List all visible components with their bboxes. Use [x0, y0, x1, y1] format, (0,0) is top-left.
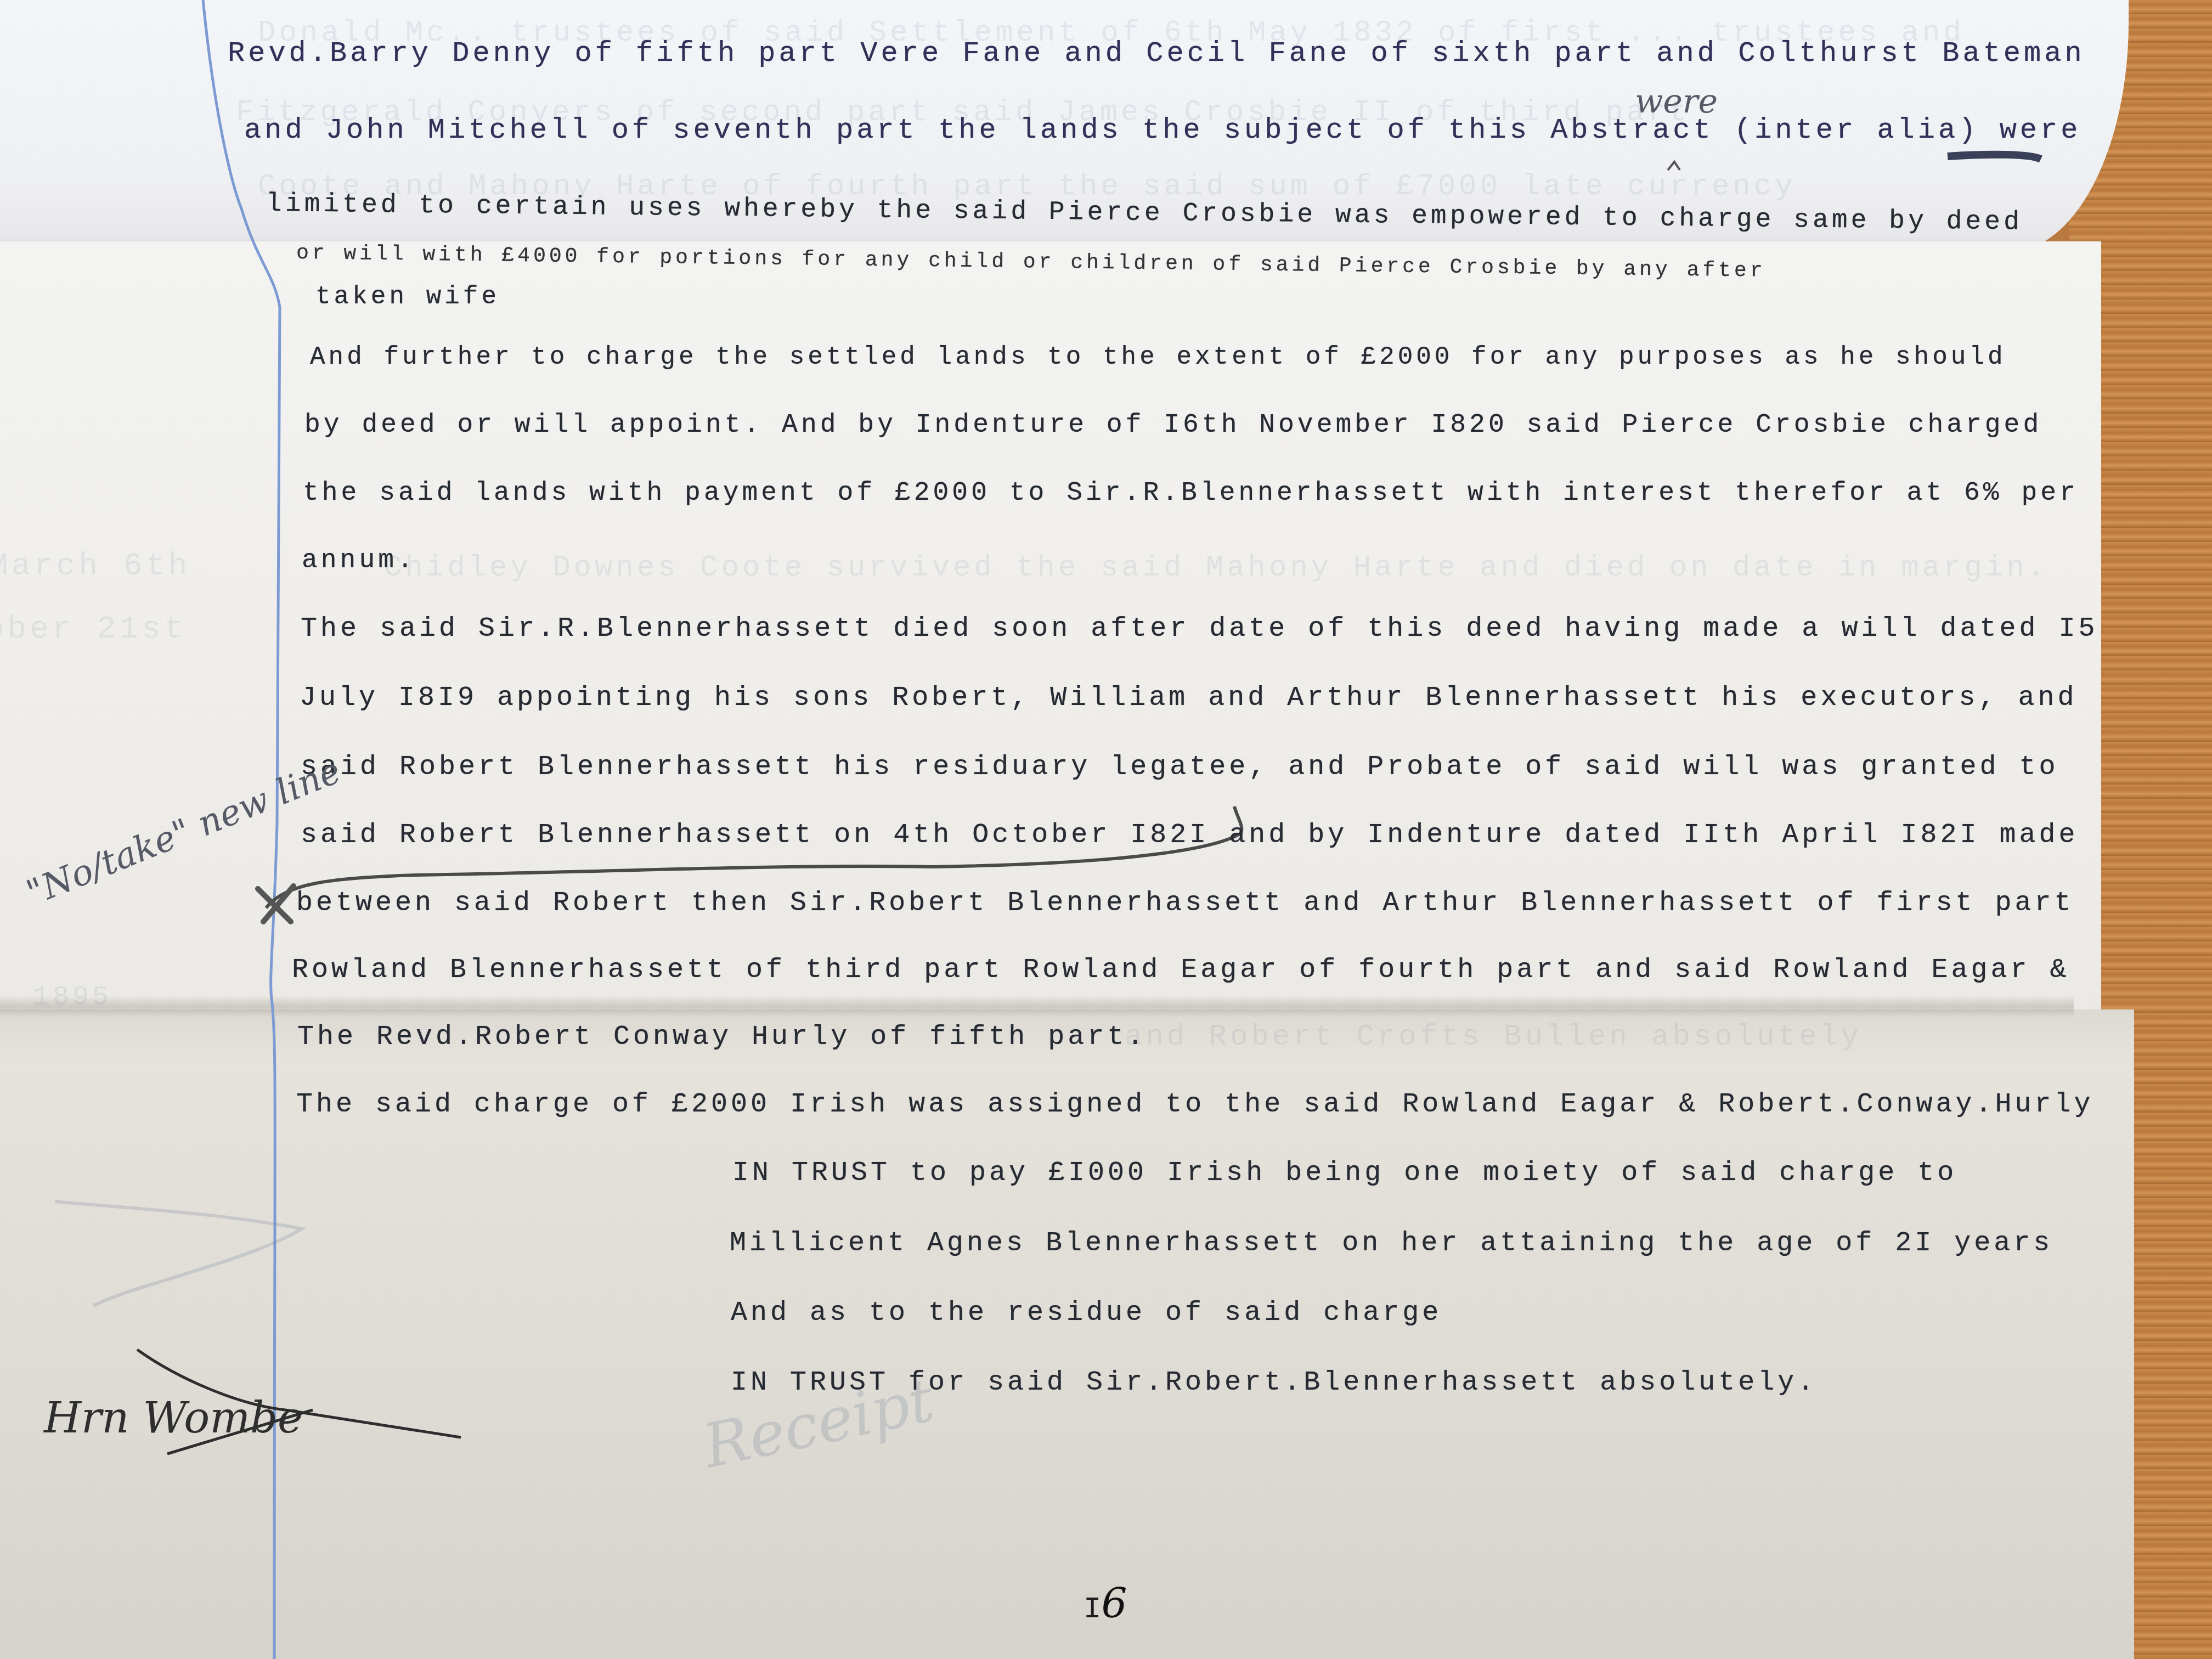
document-line: and John Mitchell of seventh part the la…: [244, 114, 2081, 146]
show-through-text: Chidley Downes Coote survived the said M…: [384, 551, 2049, 585]
document-line: annum.: [302, 546, 416, 575]
document-line: Revd.Barry Denny of fifth part Vere Fane…: [228, 37, 2085, 70]
handwritten-insertion: were: [1635, 82, 1718, 121]
show-through-margin-date: October 21st: [0, 612, 187, 647]
document-line: And as to the residue of said charge: [731, 1297, 1442, 1329]
document-line: IN TRUST for said Sir.Robert.Blennerhass…: [731, 1367, 1817, 1398]
document-line: Rowland Blennerhassett of third part Row…: [292, 955, 2069, 986]
show-through-margin-date: March 6th: [0, 549, 190, 584]
document-line: July I8I9 appointing his sons Robert, Wi…: [300, 682, 2077, 714]
document-line: between said Robert then Sir.Robert Blen…: [296, 888, 2074, 919]
show-through-text: and Robert Crofts Bullen absolutely: [1125, 1020, 1862, 1054]
document-line: taken wife: [315, 283, 500, 311]
page-number: I6: [1084, 1580, 1127, 1627]
document-line: said Robert Blennerhassett on 4th Octobe…: [301, 820, 2078, 851]
paper-fold-shadow: [0, 996, 2074, 1018]
document-line: IN TRUST to pay £I000 Irish being one mo…: [732, 1158, 1957, 1189]
document-line: the said lands with payment of £2000 to …: [303, 478, 2079, 508]
document-line: And further to charge the settled lands …: [310, 343, 2006, 371]
document-line: said Robert Blennerhassett his residuary…: [301, 752, 2058, 783]
document-line: by deed or will appoint. And by Indentur…: [304, 410, 2042, 440]
document-line: The said charge of £2000 Irish was assig…: [296, 1089, 2093, 1120]
show-through-margin-year: 1895: [33, 982, 112, 1013]
document-line: The said Sir.R.Blennerhassett died soon …: [301, 613, 2098, 645]
document-line: The Revd.Robert Conway Hurly of fifth pa…: [297, 1022, 1147, 1053]
page-number-typed: I: [1084, 1593, 1101, 1627]
page-number-handwritten: 6: [1101, 1580, 1127, 1627]
handwritten-signature: Hrn Wombe: [44, 1393, 303, 1443]
document-line: Millicent Agnes Blennerhassett on her at…: [730, 1228, 2053, 1259]
